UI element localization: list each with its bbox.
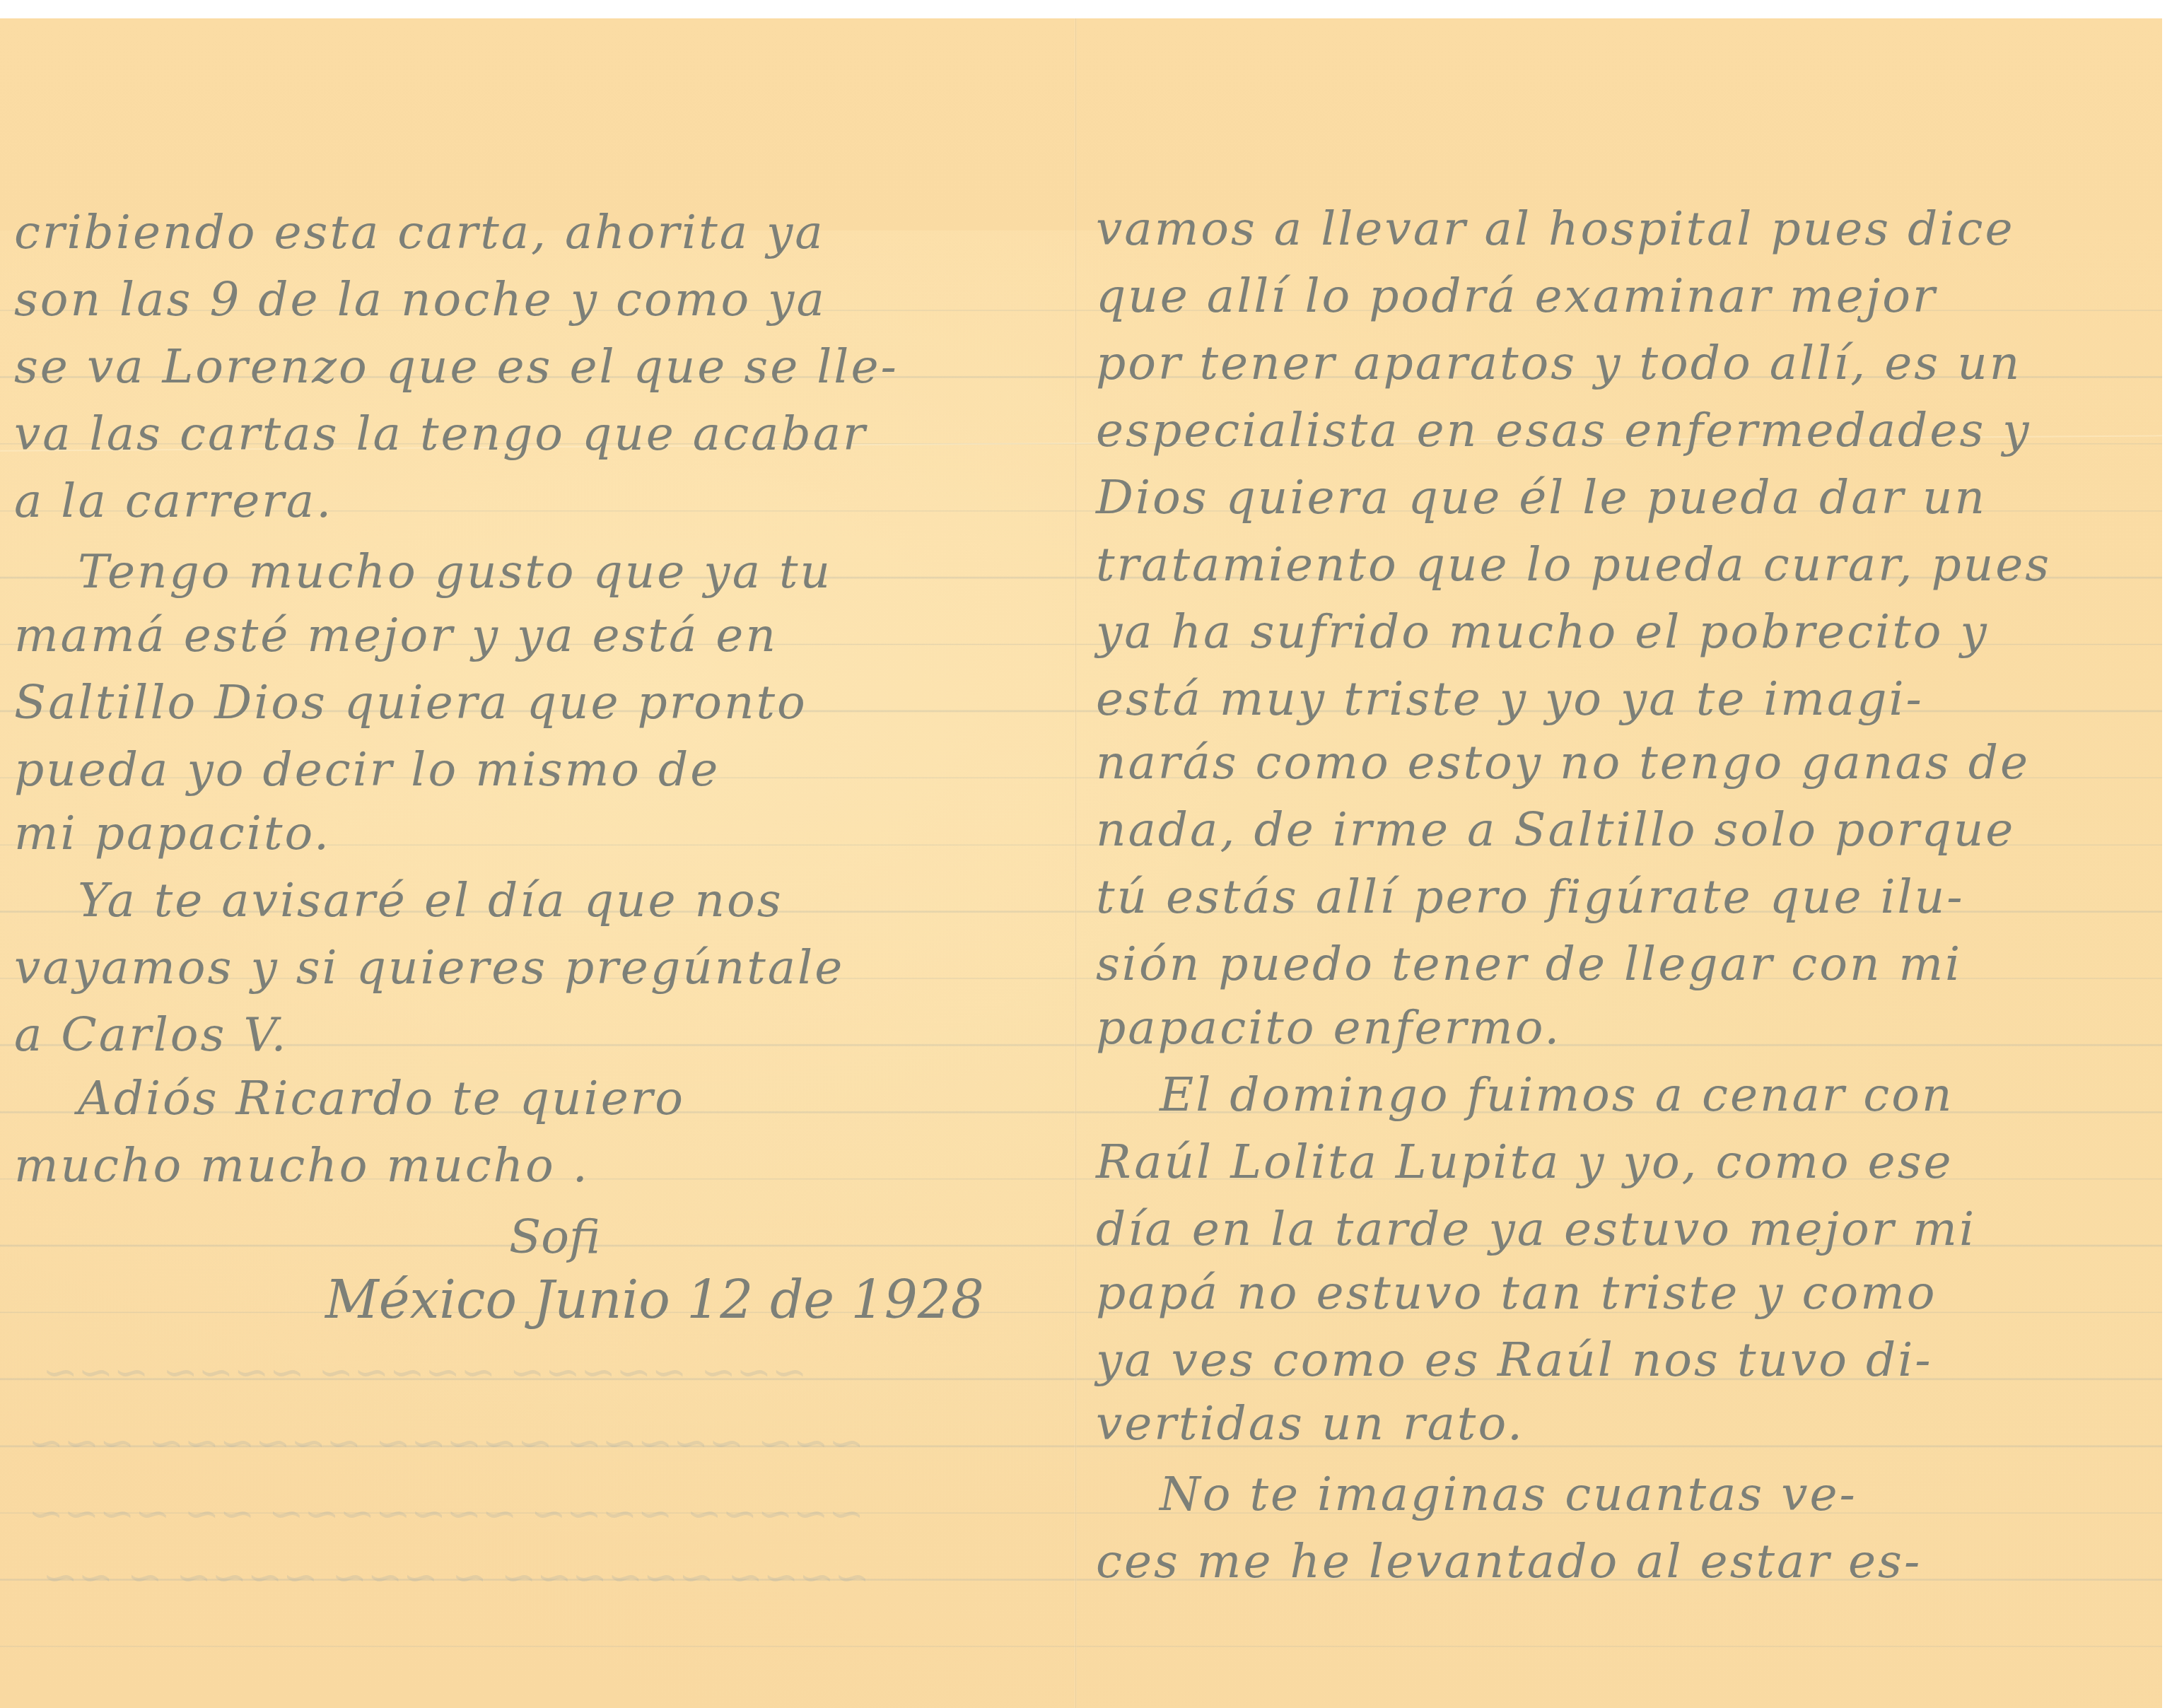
letter-line: Adiós Ricardo te quiero (78, 1075, 685, 1122)
letter-line: vamos a llevar al hospital pues dice (1096, 206, 2014, 252)
letter-line: El domingo fuimos a cenar con (1160, 1072, 1954, 1118)
letter-line: que allí lo podrá examinar mejor (1096, 273, 1937, 320)
letter-line: ces me he levantado al estar es- (1096, 1538, 1922, 1585)
letter-line: se va Lorenzo que es el que se lle- (14, 344, 899, 390)
bleed-through-text: ~~~~~ ~~~~ ~~~~~~~ ~~ ~~~~ (28, 1489, 864, 1538)
bleed-through-text: ~~~ ~~~~~ ~~~~~ ~~~~~~ ~~~ (28, 1418, 864, 1468)
letter-line: ya ves como es Raúl nos tuvo di- (1096, 1337, 1933, 1384)
letter-line: tú estás allí pero figúrate que ilu- (1096, 874, 1964, 920)
letter-line: por tener aparatos y todo allí, es un (1096, 340, 2021, 387)
letter-line: sión puedo tener de llegar con mi (1096, 941, 1962, 988)
dateline: México Junio 12 de 1928 (325, 1270, 984, 1330)
letter-line: papacito enfermo. (1096, 1005, 1561, 1051)
letter-line: cribiendo esta carta, ahorita ya (14, 209, 825, 256)
letter-line: va las cartas la tengo que acabar (14, 411, 868, 457)
letter-line: son las 9 de la noche y como ya (14, 276, 827, 323)
letter-line: papá no estuvo tan triste y como (1096, 1270, 1937, 1316)
letter-line: a la carrera. (14, 478, 333, 525)
center-fold (1075, 18, 1077, 1708)
scanned-letter: ~~~ ~~~~~ ~~~~~ ~~~~ ~~~ ~~~ ~~~~~ ~~~~~… (0, 0, 2172, 1708)
letter-line: nada, de irme a Saltillo solo porque (1096, 807, 2015, 853)
bleed-through-text: ~~~ ~~~~~ ~~~~~ ~~~~ ~~~ (42, 1347, 807, 1397)
letter-line: está muy triste y yo ya te imagi- (1096, 676, 1924, 723)
bleed-through-text: ~~~~ ~~~~~~ ~ ~~~ ~~~~ ~ ~~ (42, 1552, 870, 1602)
letter-line: vertidas un rato. (1096, 1400, 1524, 1447)
letter-line: día en la tarde ya estuvo mejor mi (1096, 1206, 1976, 1253)
letter-line: tratamiento que lo pueda curar, pues (1096, 542, 2051, 588)
letter-line: mamá esté mejor y ya está en (14, 612, 778, 659)
letter-line: narás como estoy no tengo ganas de (1096, 739, 2030, 786)
letter-line: a Carlos V. (14, 1012, 288, 1058)
letter-line: No te imaginas cuantas ve- (1160, 1471, 1857, 1518)
letter-line: Raúl Lolita Lupita y yo, como ese (1096, 1139, 1954, 1186)
letter-line: mucho mucho mucho . (14, 1142, 590, 1189)
letter-line: vayamos y si quieres pregúntale (14, 944, 844, 991)
top-margin (0, 18, 2162, 230)
signature: Sofi (509, 1210, 600, 1264)
letter-line: mi papacito. (14, 810, 331, 857)
letter-line: Ya te avisaré el día que nos (78, 877, 783, 924)
letter-line: Dios quiera que él le pueda dar un (1096, 474, 1987, 521)
letter-line: especialista en esas enfermedades y (1096, 407, 2031, 454)
letter-line: Tengo mucho gusto que ya tu (78, 549, 832, 595)
letter-line: ya ha sufrido mucho el pobrecito y (1096, 609, 1989, 655)
paper-sheet: ~~~ ~~~~~ ~~~~~ ~~~~ ~~~ ~~~ ~~~~~ ~~~~~… (0, 18, 2162, 1708)
letter-line: pueda yo decir lo mismo de (14, 747, 720, 793)
letter-line: Saltillo Dios quiera que pronto (14, 679, 807, 726)
